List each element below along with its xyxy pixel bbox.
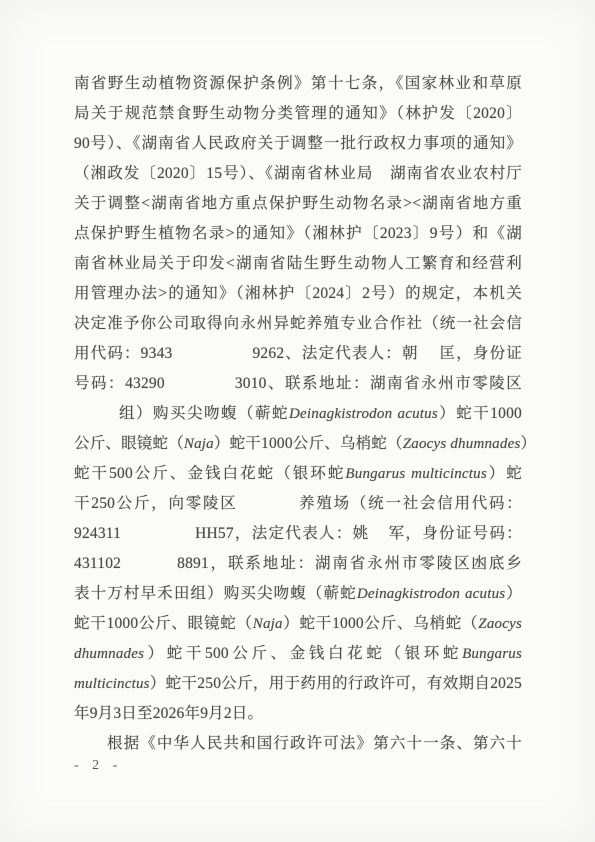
text-segment: 匡，身份证	[439, 345, 522, 362]
document-page: 南省野生动植物资源保护条例》第十七条，《国家林业和草原局关于规范禁食野生动物分类…	[0, 0, 595, 842]
text-line: 南省林业局关于印发<湖南省陆生野生动物人工繁育和经营利	[74, 249, 522, 279]
latin-species-name: Deinagkistrodon acutus	[289, 406, 438, 422]
text-line: 924311HH57，法定代表人：姚军，身份证号码：	[74, 519, 522, 549]
text-segment: 号码：43290	[74, 375, 165, 392]
text-segment: 431102	[74, 555, 121, 572]
text-segment: 军，身份证号码：	[387, 525, 522, 542]
text-segment: （湘政发〔2020〕15号）、《湖南省林业局 湖南省农业农村厅	[74, 165, 522, 182]
text-segment: 用代码：9343	[74, 345, 172, 362]
text-line: 号码：432903010、联系地址：湖南省永州市零陵区	[74, 369, 522, 399]
text-line: dhumnades）蛇干500公斤、金钱白花蛇（银环蛇Bungarus	[74, 639, 522, 669]
text-line: 南省野生动植物资源保护条例》第十七条，《国家林业和草原	[74, 69, 522, 99]
text-line: （湘政发〔2020〕15号）、《湖南省林业局 湖南省农业农村厅	[74, 159, 522, 189]
text-segment: 9262、法定代表人：朝	[252, 345, 418, 362]
text-line: 用管理办法>的通知》（湘林护〔2024〕2号）的规定，本机关	[74, 279, 522, 309]
redaction-gap	[165, 387, 235, 388]
text-segment: 组）购买尖吻蝮（蕲蛇	[119, 405, 289, 422]
text-line: 关于调整<湖南省地方重点保护野生动物名录><湖南省地方重	[74, 189, 522, 219]
text-segment: 3010、联系地址：湖南省永州市零陵区	[235, 375, 522, 392]
text-segment: 8891，联系地址：湖南省永州市零陵区凼底乡	[177, 555, 522, 572]
text-segment: 根据《中华人民共和国行政许可法》第六十一条、第六十	[107, 735, 522, 752]
latin-species-name: Bungarus multicinctus	[345, 466, 486, 482]
latin-species-name: Deinagkistrodon acutus	[357, 586, 506, 602]
redaction-gap	[121, 567, 177, 568]
text-segment: 90号）、《湖南省人民政府关于调整一批行政权力事项的通知》	[74, 135, 522, 152]
text-segment: 南省野生动植物资源保护条例》第十七条，《国家林业和草原	[74, 75, 522, 92]
text-segment: 用管理办法>的通知》（湘林护〔2024〕2号）的规定，本机关	[74, 285, 522, 302]
text-segment: 蛇干1000公斤、眼镜蛇（	[74, 615, 253, 632]
text-segment: ）蛇干1000公斤、乌梢蛇（	[283, 615, 479, 632]
text-line: 4311028891，联系地址：湖南省永州市零陵区凼底乡	[74, 549, 522, 579]
text-line: 90号）、《湖南省人民政府关于调整一批行政权力事项的通知》	[74, 129, 522, 159]
text-segment: 点保护野生植物名录>的通知》（湘林护〔2023〕9号）和《湖	[74, 225, 522, 242]
text-segment: ）蛇	[487, 465, 522, 482]
text-segment: 924311	[74, 525, 121, 542]
text-segment: HH57，法定代表人：姚	[195, 525, 369, 542]
redaction-gap	[121, 537, 195, 538]
text-segment: 局关于规范禁食野生动物分类管理的通知》（林护发〔2020〕	[74, 105, 522, 122]
latin-species-name: multicinctus	[74, 676, 150, 692]
redaction-gap	[369, 537, 387, 538]
text-line: multicinctus）蛇干250公斤，用于药用的行政许可，有效期自2025	[74, 669, 522, 699]
text-line: 局关于规范禁食野生动物分类管理的通知》（林护发〔2020〕	[74, 99, 522, 129]
latin-species-name: Zaocys	[478, 616, 522, 632]
text-line: 蛇干500公斤、金钱白花蛇（银环蛇Bungarus multicinctus）蛇	[74, 459, 522, 489]
text-line: 年9月3日至2026年9月2日。	[74, 699, 522, 729]
text-line: 蛇干1000公斤、眼镜蛇（Naja）蛇干1000公斤、乌梢蛇（Zaocys	[74, 609, 522, 639]
document-body: 南省野生动植物资源保护条例》第十七条，《国家林业和草原局关于规范禁食野生动物分类…	[74, 69, 522, 759]
text-segment: ）蛇干1000	[438, 405, 522, 422]
latin-species-name: Naja	[253, 616, 283, 632]
text-segment: 南省林业局关于印发<湖南省陆生野生动物人工繁育和经营利	[74, 255, 522, 272]
text-segment: ）蛇干250公斤，用于药用的行政许可，有效期自2025	[150, 675, 522, 692]
text-segment: 公斤、眼镜蛇（	[74, 435, 184, 452]
latin-species-name: Bungarus	[462, 646, 522, 662]
text-segment: ）蛇干500公斤、金钱白花蛇（银环蛇	[144, 645, 462, 662]
text-segment: 决定准予你公司取得向永州异蛇养殖专业合作社（统一社会信	[74, 315, 522, 332]
text-segment: 养殖场（统一社会信用代码：	[298, 495, 522, 512]
text-segment: ）	[505, 585, 522, 602]
latin-species-name: dhumnades	[74, 646, 144, 662]
text-line: 用代码：93439262、法定代表人：朝匡，身份证	[74, 339, 522, 369]
text-line: 点保护野生植物名录>的通知》（湘林护〔2023〕9号）和《湖	[74, 219, 522, 249]
text-line: 组）购买尖吻蝮（蕲蛇Deinagkistrodon acutus）蛇干1000	[74, 399, 522, 429]
text-line: 决定准予你公司取得向永州异蛇养殖专业合作社（统一社会信	[74, 309, 522, 339]
text-line: 公斤、眼镜蛇（Naja）蛇干1000公斤、乌梢蛇（Zaocys dhumnade…	[74, 429, 522, 459]
text-line: 表十万村早禾田组）购买尖吻蝮（蕲蛇Deinagkistrodon acutus）	[74, 579, 522, 609]
text-line: 干250公斤，向零陵区养殖场（统一社会信用代码：	[74, 489, 522, 519]
text-segment: ）	[520, 435, 536, 452]
text-segment: 蛇干500公斤、金钱白花蛇（银环蛇	[74, 465, 345, 482]
latin-species-name: Naja	[184, 436, 214, 452]
text-segment: ）蛇干1000公斤、乌梢蛇（	[214, 435, 403, 452]
redaction-gap	[419, 357, 439, 358]
page-number: - 2 -	[74, 758, 122, 774]
text-segment: 年9月3日至2026年9月2日。	[74, 705, 263, 722]
text-segment: 表十万村早禾田组）购买尖吻蝮（蕲蛇	[74, 585, 357, 602]
text-line: 根据《中华人民共和国行政许可法》第六十一条、第六十	[74, 729, 522, 759]
latin-species-name: Zaocys dhumnades	[403, 436, 521, 452]
text-segment: 干250公斤，向零陵区	[74, 495, 238, 512]
redaction-gap	[238, 507, 298, 508]
text-segment: 关于调整<湖南省地方重点保护野生动物名录><湖南省地方重	[74, 195, 522, 212]
redaction-gap	[172, 357, 252, 358]
